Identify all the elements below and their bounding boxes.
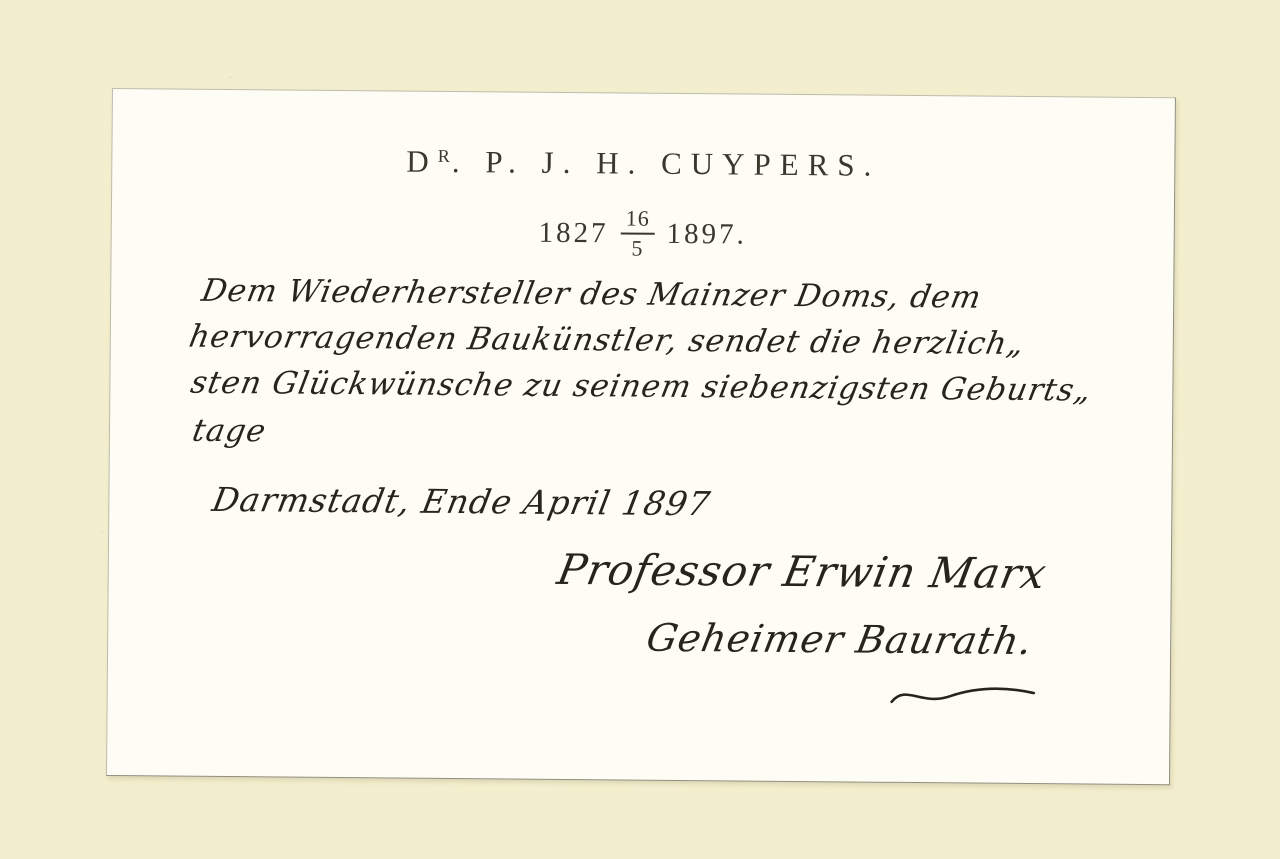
album-page-background: DR. P. J. H. CUYPERS. 18271651897. Dem W… [0, 0, 1280, 859]
jubilee-year: 1897. [666, 217, 747, 251]
handwritten-line: tage [190, 416, 269, 448]
date-fraction: 165 [620, 207, 654, 259]
handwritten-line: sten Glückwünsche zu seinem siebenzigste… [188, 368, 1094, 407]
fraction-denominator: 5 [631, 235, 643, 260]
signature-name: Professor Erwin Marx [554, 545, 1051, 598]
handwritten-line: Dem Wiederhersteller des Mainzer Doms, d… [199, 276, 984, 314]
signature-title: Geheimer Baurath. [643, 616, 1037, 663]
heading-name: . P. J. H. CUYPERS. [452, 144, 881, 183]
printed-dates: 18271651897. [112, 203, 1174, 264]
handwritten-line: hervorragenden Baukünstler, sendet die h… [187, 322, 1027, 360]
birth-year: 1827 [538, 216, 608, 250]
signature-flourish-icon [888, 680, 1038, 709]
printed-heading: DR. P. J. H. CUYPERS. [112, 141, 1174, 186]
greeting-card: DR. P. J. H. CUYPERS. 18271651897. Dem W… [106, 88, 1176, 785]
doctor-abbreviation: D [406, 144, 438, 179]
doctor-superscript: R [438, 146, 452, 166]
handwritten-dateline: Darmstadt, Ende April 1897 [209, 480, 713, 523]
fraction-numerator: 16 [621, 207, 655, 234]
